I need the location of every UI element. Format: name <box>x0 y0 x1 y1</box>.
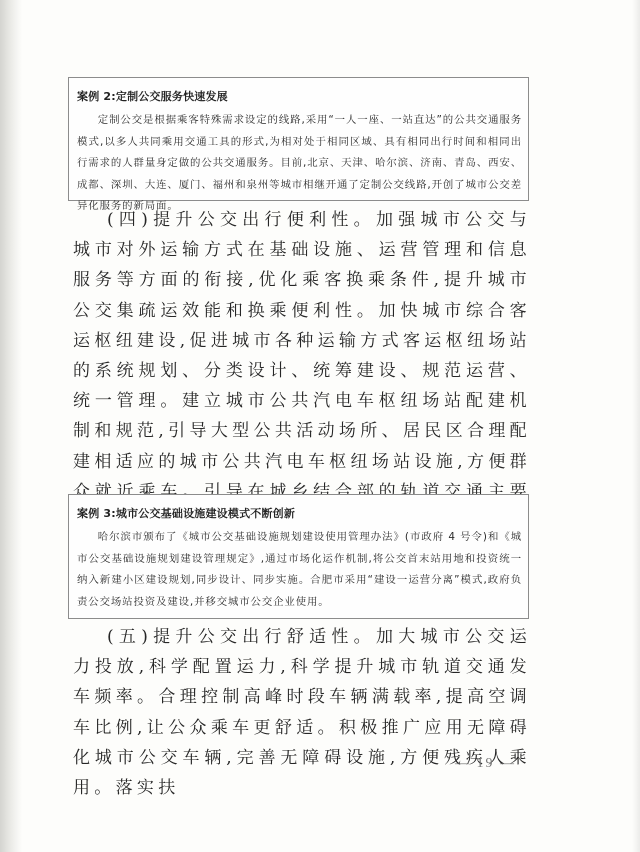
section-heading: (五)提升公交出行舒适性。 <box>107 627 376 647</box>
page-number: — 19 — <box>455 756 516 772</box>
case-box-body: 定制公交是根据乘客特殊需求设定的线路,采用“一人一座、一站直达”的公共交通服务模… <box>77 110 522 218</box>
case-box-title: 案例 3:城市公交基础设施建设模式不断创新 <box>77 507 522 521</box>
case-box-body: 哈尔滨市颁布了《城市公交基础设施规划建设使用管理办法》(市政府 4 号令)和《城… <box>77 527 522 613</box>
page-right-edge <box>632 0 640 852</box>
case-box-title: 案例 2:定制公交服务快速发展 <box>77 90 522 104</box>
case-box-3: 案例 3:城市公交基础设施建设模式不断创新 哈尔滨市颁布了《城市公交基础设施规划… <box>68 494 529 619</box>
section-paragraph-comfort: (五)提升公交出行舒适性。加大城市公交运力投放,科学配置运力,科学提升城市轨道交… <box>73 622 531 803</box>
section-heading: (四)提升公交出行便利性。 <box>107 210 376 230</box>
section-text: 加大城市公交运力投放,科学配置运力,科学提升城市轨道交通发车频率。合理控制高峰时… <box>73 627 531 798</box>
page-left-shadow <box>0 0 22 852</box>
case-box-2: 案例 2:定制公交服务快速发展 定制公交是根据乘客特殊需求设定的线路,采用“一人… <box>68 77 529 201</box>
